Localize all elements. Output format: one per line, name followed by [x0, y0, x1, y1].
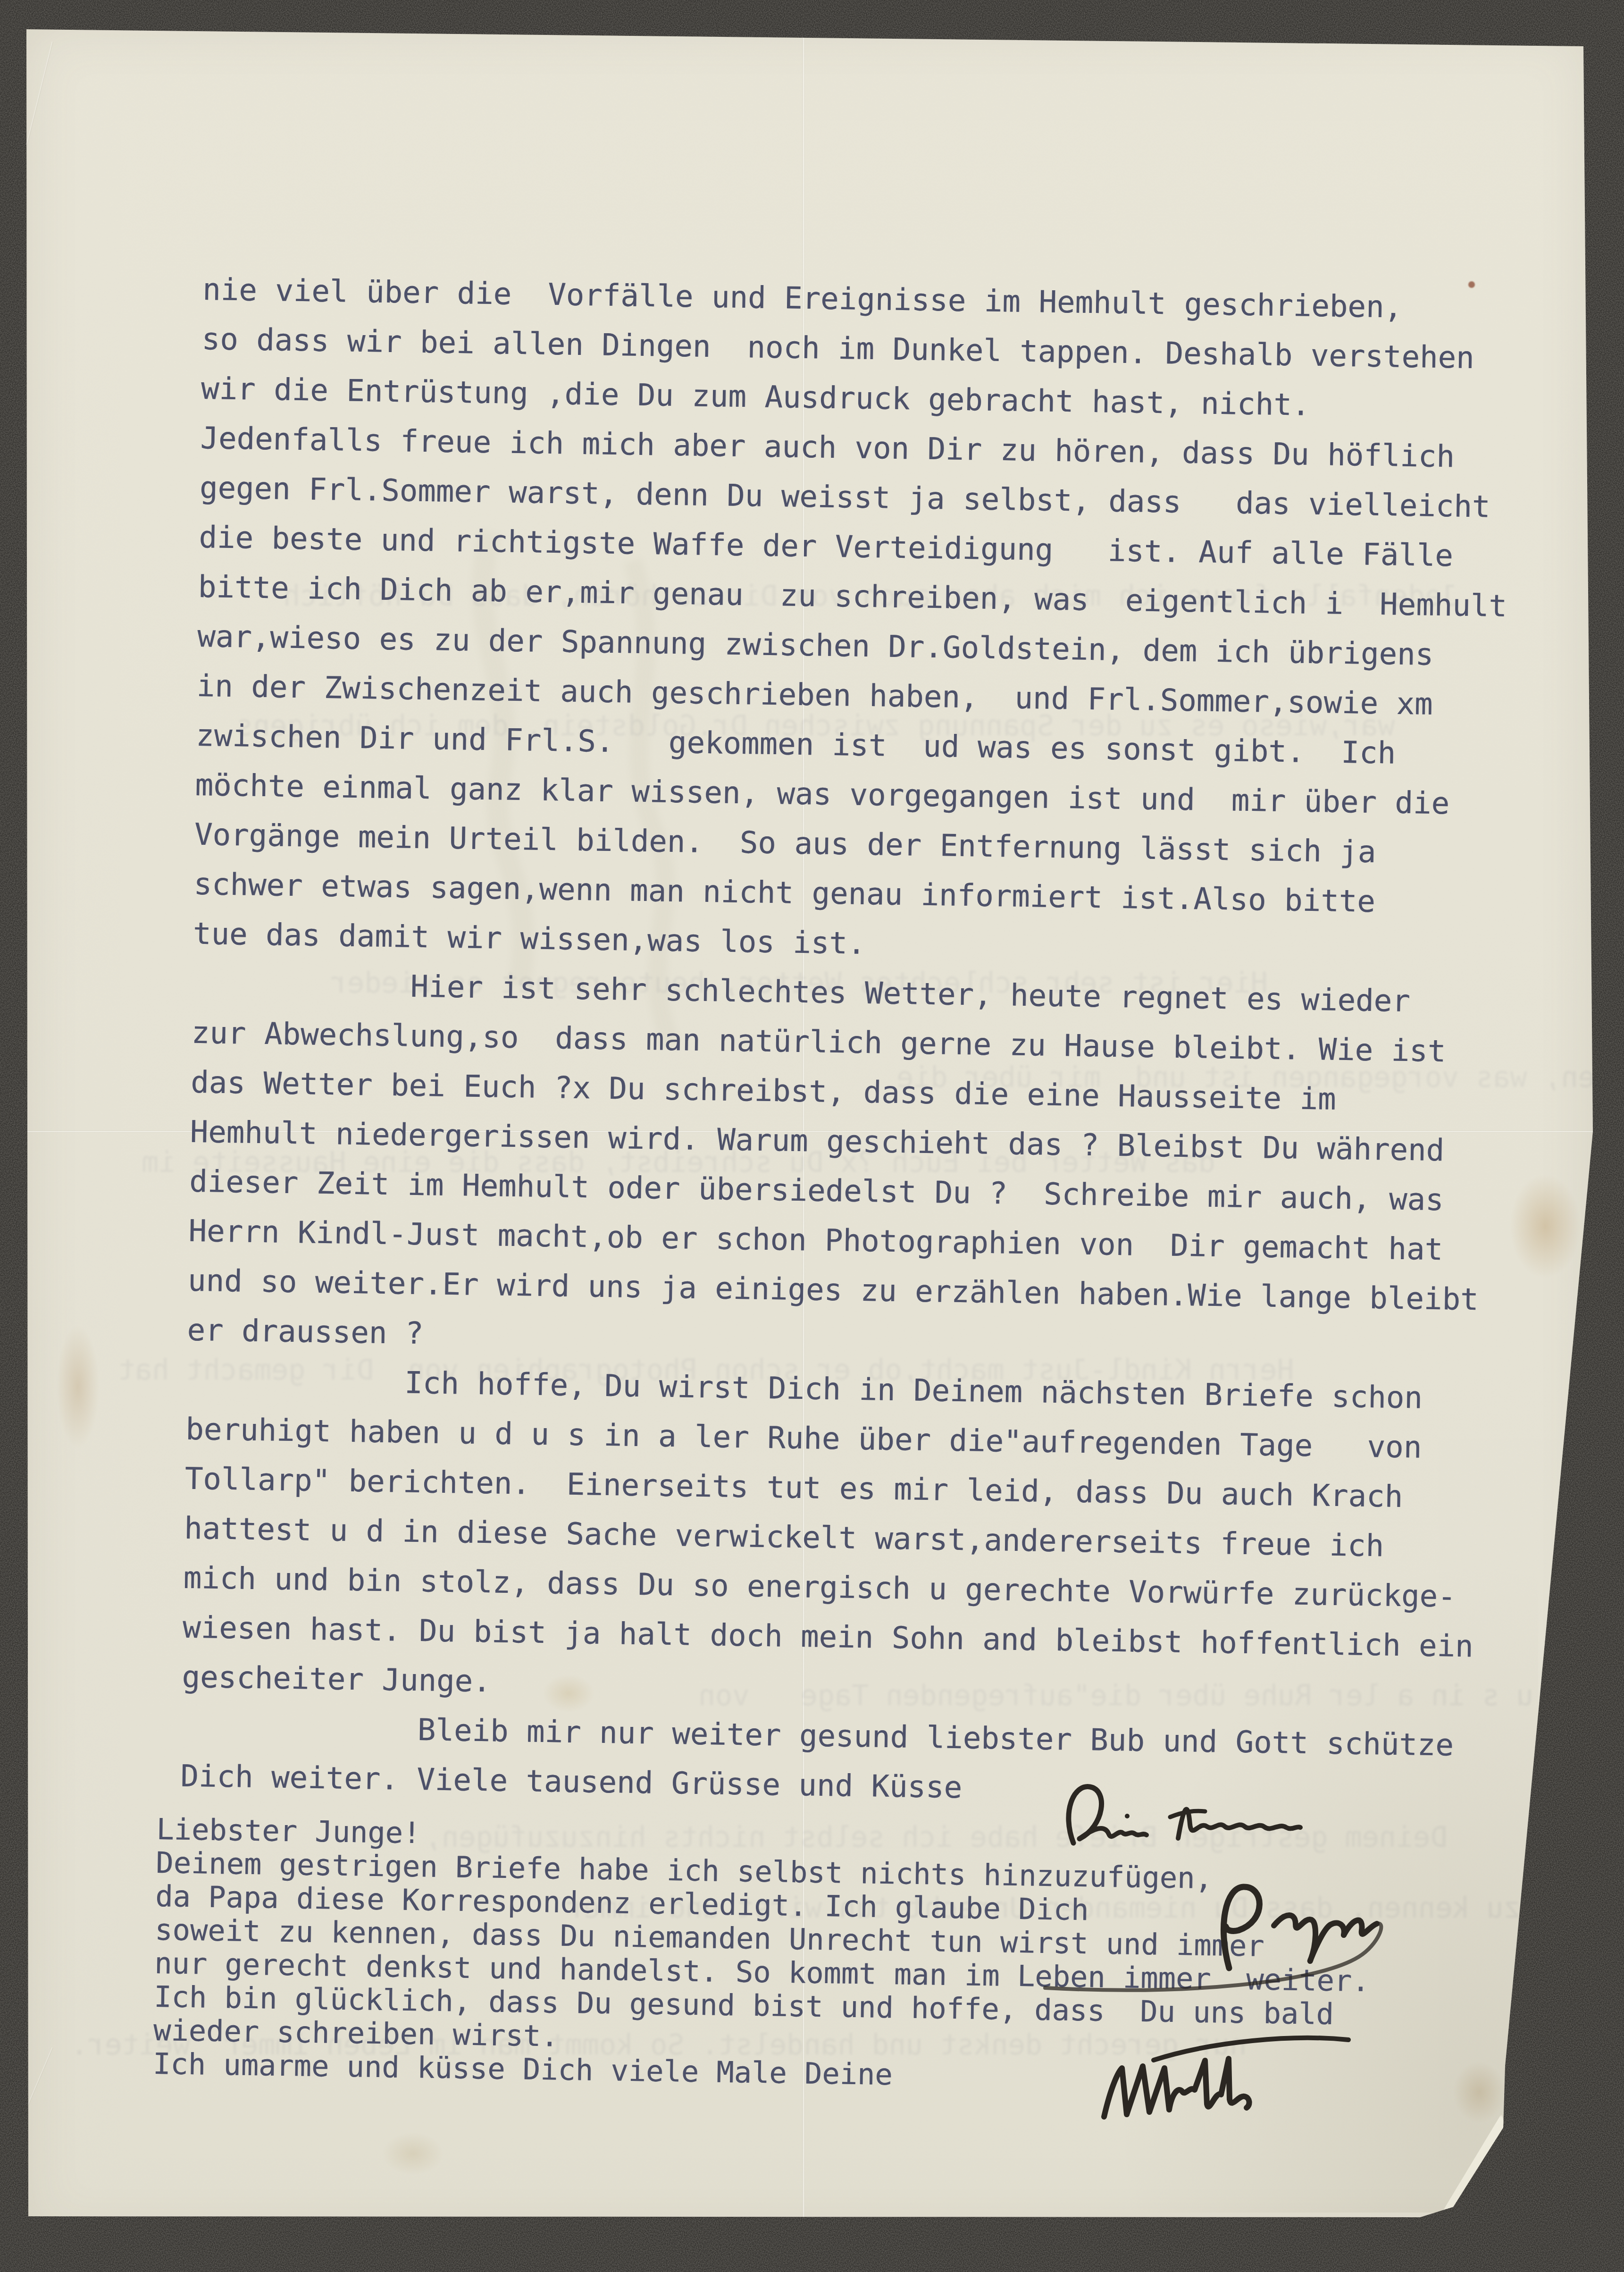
- stain-bottom-right: [1453, 2062, 1505, 2123]
- paragraph-1: nie viel über die Vorfälle und Ereigniss…: [193, 265, 1613, 980]
- stain-bottom-left: [382, 2132, 444, 2175]
- typed-letter-body: nie viel über die Vorfälle und Ereigniss…: [180, 265, 1614, 1822]
- letter-page: Jedenfalls freue ich mich aber auch von …: [24, 23, 1595, 2241]
- paragraph-2: Hier ist sehr schlechtes Wetter, heute r…: [187, 959, 1603, 1376]
- signature-papa: [1029, 1746, 1500, 2011]
- tan-stain-right-edge: [1510, 1174, 1581, 1278]
- tan-stain-left-margin: [57, 1325, 99, 1448]
- scan-background: Jedenfalls freue ich mich aber auch von …: [0, 0, 1624, 2272]
- yellow-stain-middle: [543, 1675, 594, 1712]
- paragraph-3: Ich hoffe, Du wirst Dich in Deinem nächs…: [182, 1355, 1598, 1723]
- ink-spot-stain: [1468, 281, 1475, 288]
- signature-mutti: [1071, 2015, 1458, 2157]
